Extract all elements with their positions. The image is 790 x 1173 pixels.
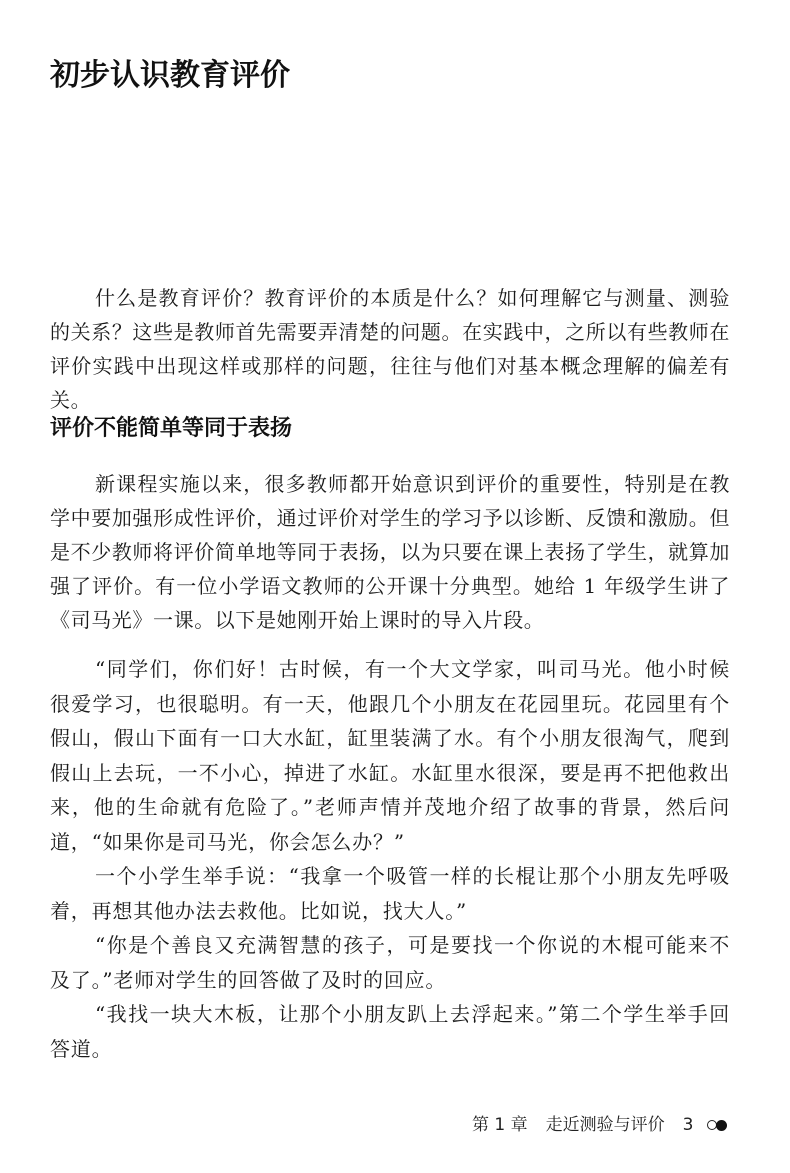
page-number: 3 bbox=[683, 1113, 694, 1137]
section-paragraph: 新课程实施以来，很多教师都开始意识到评价的重要性，特别是在教学中要加强形成性评价… bbox=[50, 467, 730, 637]
intro-paragraph-text: 什么是教育评价？教育评价的本质是什么？如何理解它与测量、测验的关系？这些是教师首… bbox=[50, 281, 730, 417]
footer-chapter: 第 1 章 bbox=[472, 1113, 528, 1137]
dialogue-paragraph: “同学们，你们好！古时候，有一个大文学家，叫司马光。他小时候很爱学习，也很聪明。… bbox=[50, 652, 730, 859]
classroom-dialogue: “同学们，你们好！古时候，有一个大文学家，叫司马光。他小时候很爱学习，也很聪明。… bbox=[50, 652, 730, 1066]
intro-paragraph: 什么是教育评价？教育评价的本质是什么？如何理解它与测量、测验的关系？这些是教师首… bbox=[50, 281, 730, 417]
dialogue-paragraph: “你是个善良又充满智慧的孩子，可是要找一个你说的木棍可能来不及了。”老师对学生的… bbox=[50, 928, 730, 997]
dialogue-paragraph: “我找一块大木板，让那个小朋友趴上去浮起来。”第二个学生举手回答道。 bbox=[50, 997, 730, 1066]
footer-chapter-title: 走近测验与评价 bbox=[546, 1113, 665, 1137]
page-title: 初步认识教育评价 bbox=[50, 56, 290, 96]
section-paragraph-text: 新课程实施以来，很多教师都开始意识到评价的重要性，特别是在教学中要加强形成性评价… bbox=[50, 467, 730, 637]
page-footer: 第 1 章 走近测验与评价 3 bbox=[472, 1113, 727, 1137]
filled-dot-icon bbox=[716, 1120, 727, 1131]
dialogue-paragraph: 一个小学生举手说：“我拿一个吸管一样的长棍让那个小朋友先呼吸着，再想其他办法去救… bbox=[50, 859, 730, 928]
footer-ornament-icon bbox=[707, 1120, 727, 1131]
section-heading: 评价不能简单等同于表扬 bbox=[50, 413, 292, 445]
